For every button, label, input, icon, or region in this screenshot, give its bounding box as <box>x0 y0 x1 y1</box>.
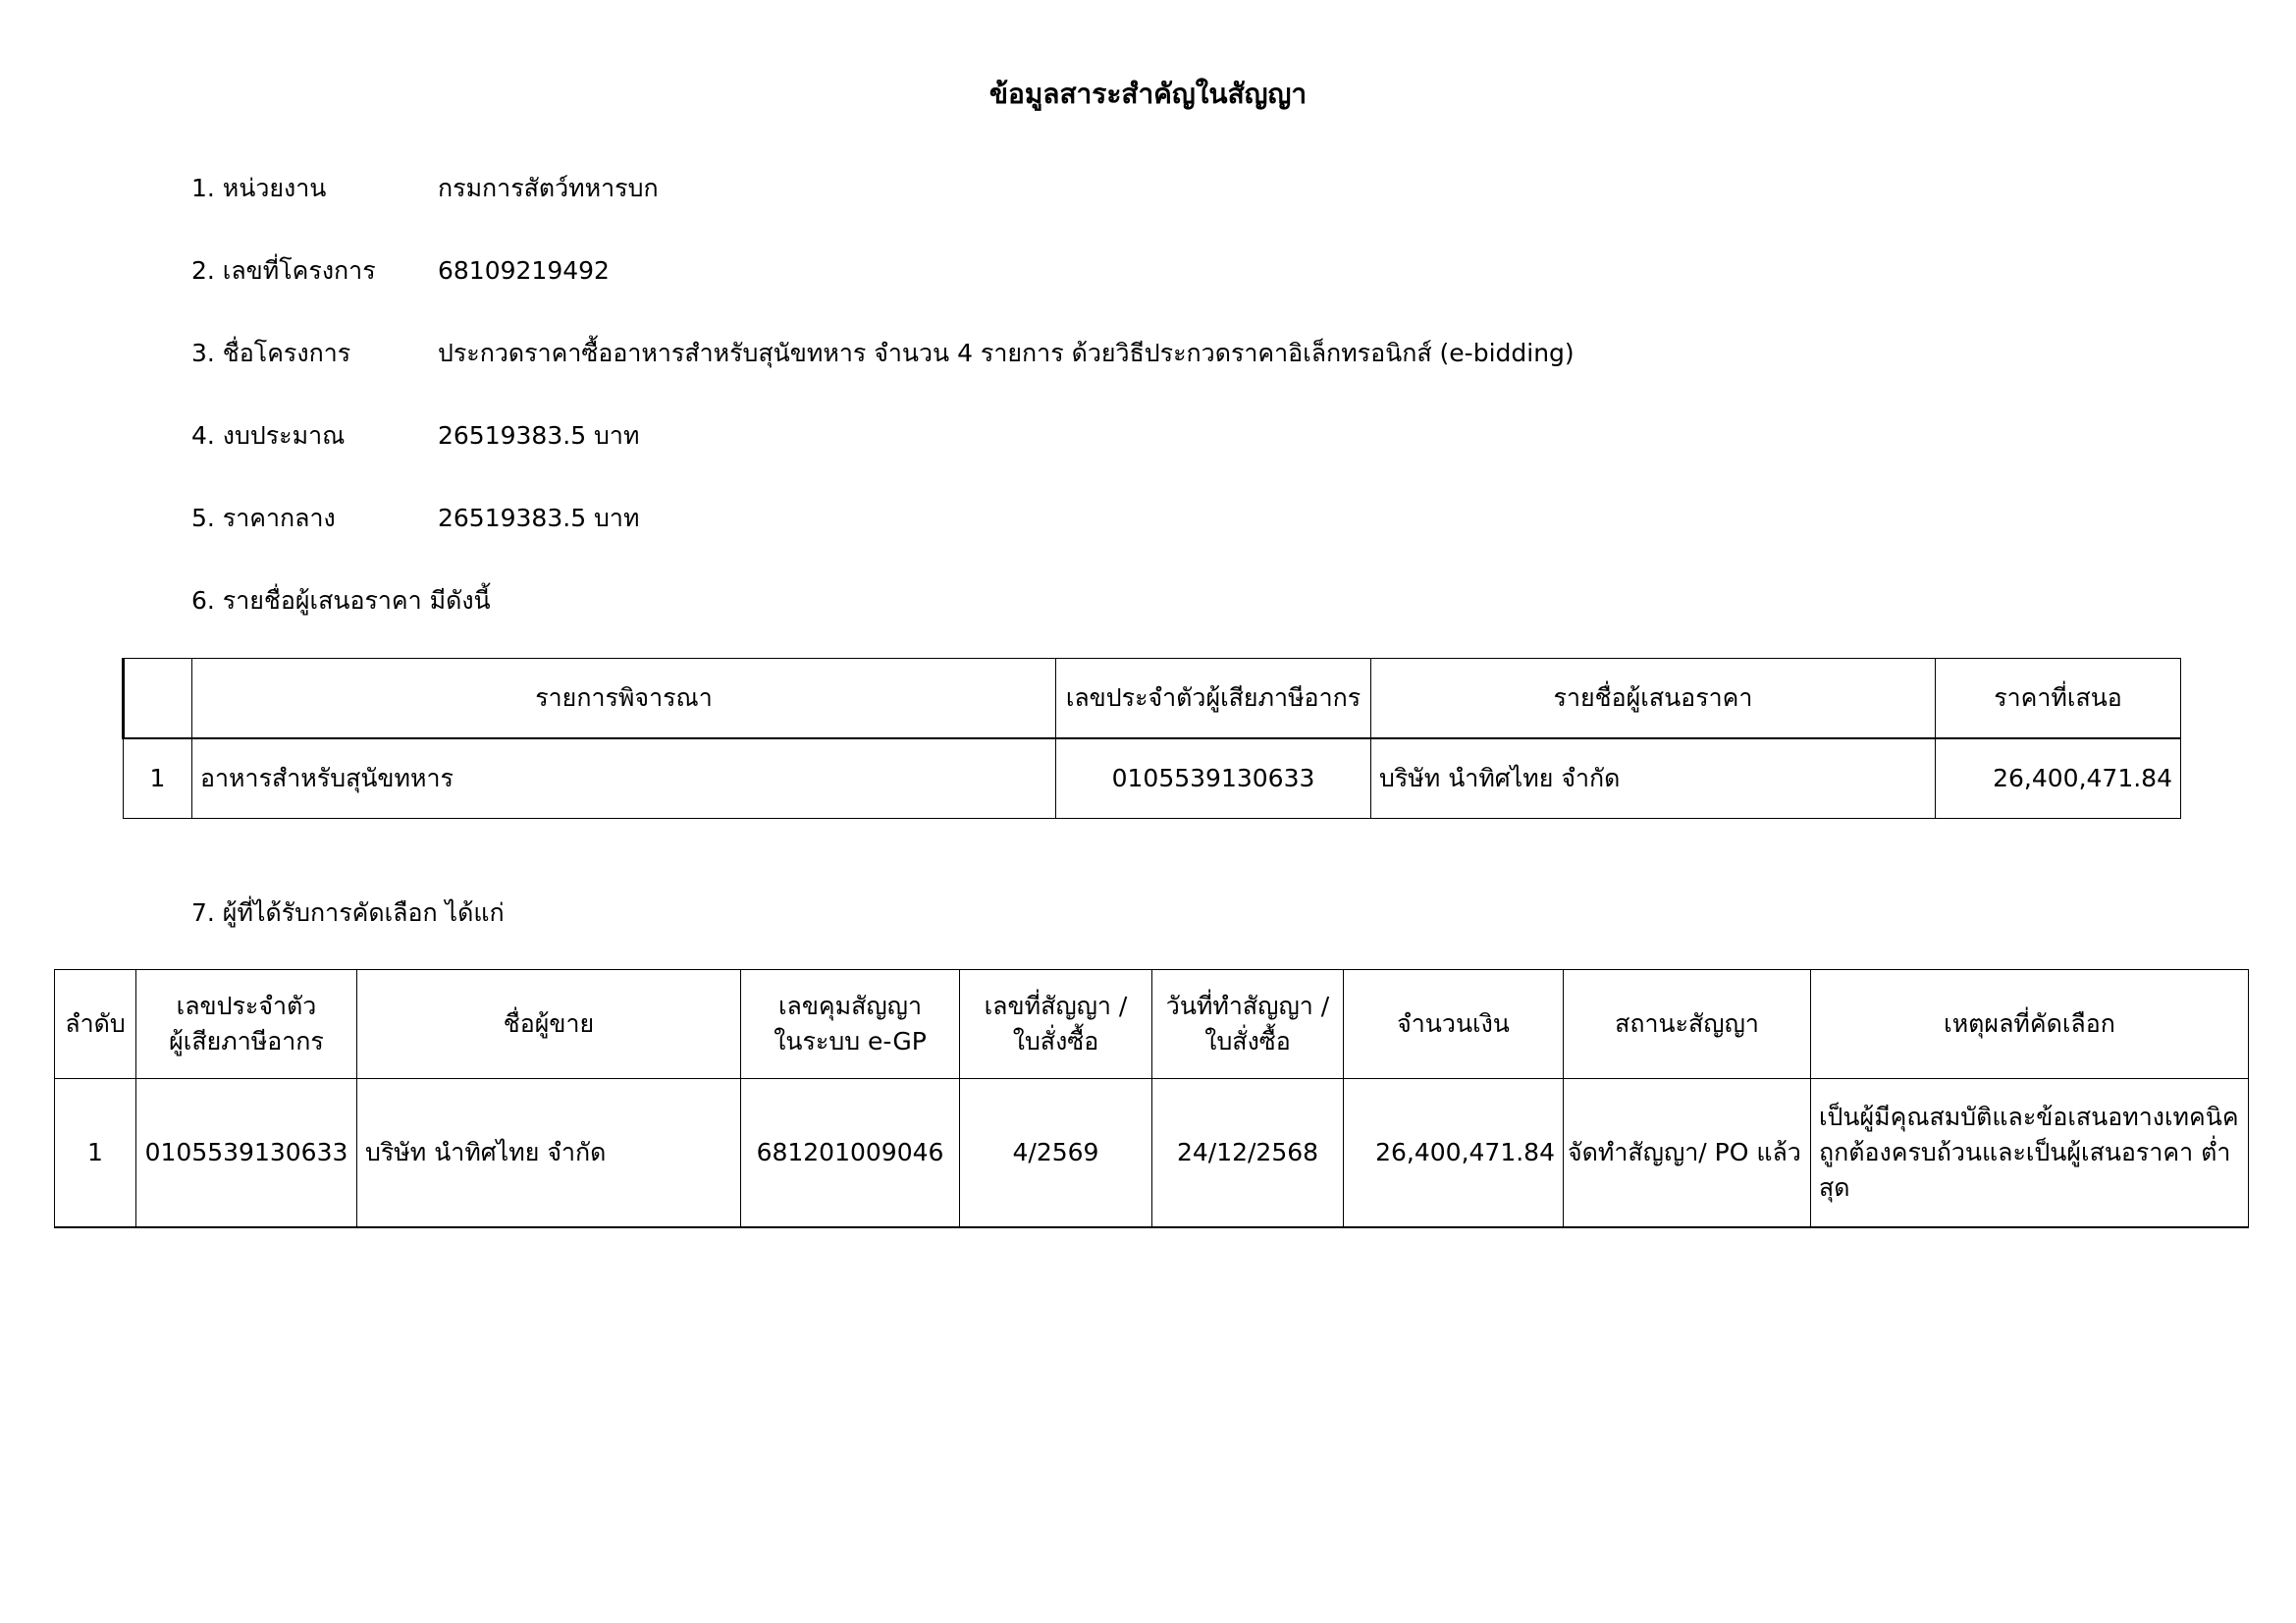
bidders-table: รายการพิจารณา เลขประจำตัวผู้เสียภาษีอากร… <box>122 658 2181 819</box>
header-amount-text: จำนวนเงิน <box>1397 1009 1510 1038</box>
header-order: ลำดับ <box>55 970 136 1079</box>
header-reason: เหตุผลที่คัดเลือก <box>1811 970 2249 1079</box>
cell-tax-id: 0105539130633 <box>1056 738 1371 819</box>
cell-amount: 26,400,471.84 <box>1344 1079 1564 1228</box>
header-contract-date: วันที่ทำสัญญา /ใบสั่งซื้อ <box>1152 970 1344 1079</box>
cell-bidder-name: บริษัท นำทิศไทย จำกัด <box>1371 738 1936 819</box>
header-item: รายการพิจารณา <box>192 659 1056 739</box>
header-amount: จำนวนเงิน <box>1344 970 1564 1079</box>
header-seller: ชื่อผู้ขาย <box>357 970 741 1079</box>
header-tax-id: เลขประจำตัวผู้เสียภาษีอากร <box>1056 659 1371 739</box>
document-title: ข้อมูลสาระสำคัญในสัญญา <box>0 81 2296 108</box>
cell-contract-number: 4/2569 <box>960 1079 1152 1228</box>
header-tax-id: เลขประจำตัวผู้เสียภาษีอากร <box>136 970 357 1079</box>
header-status: สถานะสัญญา <box>1564 970 1811 1079</box>
cell-tax-id: 0105539130633 <box>136 1079 357 1228</box>
header-tax-id-line1: เลขประจำตัว <box>177 992 317 1020</box>
field-value-agency: กรมการสัตว์ทหารบก <box>438 176 659 200</box>
cell-egp-number: 681201009046 <box>741 1079 960 1228</box>
header-contract-number: เลขที่สัญญา /ใบสั่งซื้อ <box>960 970 1152 1079</box>
header-egp-line2: ในระบบ e-GP <box>774 1027 927 1055</box>
header-contract-no-line1: เลขที่สัญญา / <box>985 992 1128 1020</box>
field-label-project-number: 2. เลขที่โครงการ <box>191 258 376 283</box>
cell-status: จัดทำสัญญา/ PO แล้ว <box>1564 1079 1811 1228</box>
field-value-median-price: 26519383.5 บาท <box>438 506 639 530</box>
header-order-text: ลำดับ <box>65 1009 125 1038</box>
header-egp-line1: เลขคุมสัญญา <box>778 992 922 1020</box>
field-label-median-price: 5. ราคากลาง <box>191 506 336 530</box>
cell-item: อาหารสำหรับสุนัขทหาร <box>192 738 1056 819</box>
header-tax-id-line2: ผู้เสียภาษีอากร <box>169 1027 324 1055</box>
header-egp-number: เลขคุมสัญญาในระบบ e-GP <box>741 970 960 1079</box>
field-label-project-name: 3. ชื่อโครงการ <box>191 341 350 365</box>
header-index <box>124 659 192 739</box>
cell-order: 1 <box>55 1079 136 1228</box>
cell-offered-price: 26,400,471.84 <box>1936 738 2181 819</box>
cell-seller: บริษัท นำทิศไทย จำกัด <box>357 1079 741 1228</box>
section7-heading: 7. ผู้ที่ได้รับการคัดเลือก ได้แก่ <box>191 900 505 925</box>
field-value-project-number: 68109219492 <box>438 258 610 283</box>
header-status-text: สถานะสัญญา <box>1615 1009 1759 1038</box>
field-value-budget: 26519383.5 บาท <box>438 423 639 448</box>
header-contract-date-line2: ใบสั่งซื้อ <box>1204 1027 1291 1055</box>
selected-table-header: ลำดับ เลขประจำตัวผู้เสียภาษีอากร ชื่อผู้… <box>55 970 2249 1079</box>
cell-reason: เป็นผู้มีคุณสมบัติและข้อเสนอทางเทคนิค ถู… <box>1811 1079 2249 1228</box>
table-row: 1 0105539130633 บริษัท นำทิศไทย จำกัด 68… <box>55 1079 2249 1228</box>
cell-contract-date: 24/12/2568 <box>1152 1079 1344 1228</box>
bidders-table-header: รายการพิจารณา เลขประจำตัวผู้เสียภาษีอากร… <box>124 659 2181 739</box>
table-row: 1 อาหารสำหรับสุนัขทหาร 0105539130633 บริ… <box>124 738 2181 819</box>
field-value-project-name: ประกวดราคาซื้ออาหารสำหรับสุนัขทหาร จำนวน… <box>438 341 1575 365</box>
header-offered-price: ราคาที่เสนอ <box>1936 659 2181 739</box>
field-label-agency: 1. หน่วยงาน <box>191 176 326 200</box>
header-reason-text: เหตุผลที่คัดเลือก <box>1944 1009 2115 1038</box>
field-label-budget: 4. งบประมาณ <box>191 423 345 448</box>
cell-index: 1 <box>124 738 192 819</box>
section6-heading: 6. รายชื่อผู้เสนอราคา มีดังนี้ <box>191 588 491 613</box>
header-contract-no-line2: ใบสั่งซื้อ <box>1013 1027 1099 1055</box>
header-contract-date-line1: วันที่ทำสัญญา / <box>1166 992 1329 1020</box>
header-bidder-name: รายชื่อผู้เสนอราคา <box>1371 659 1936 739</box>
header-seller-text: ชื่อผู้ขาย <box>504 1009 594 1038</box>
selected-vendor-table: ลำดับ เลขประจำตัวผู้เสียภาษีอากร ชื่อผู้… <box>54 969 2249 1228</box>
